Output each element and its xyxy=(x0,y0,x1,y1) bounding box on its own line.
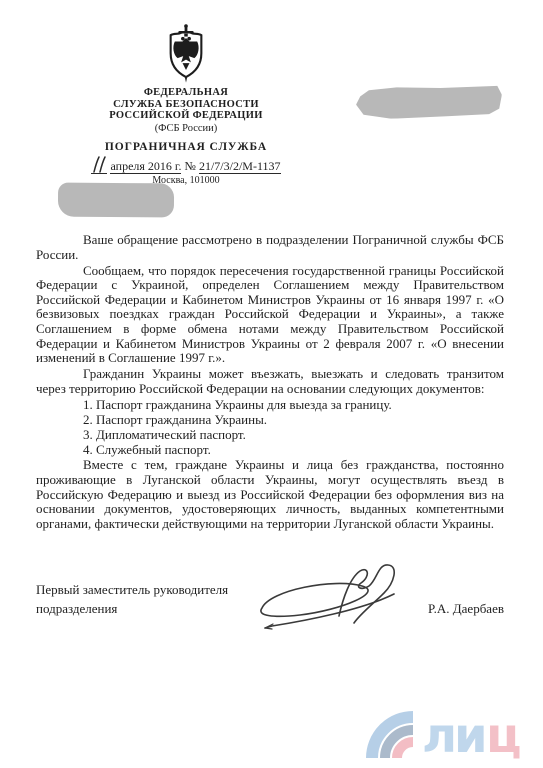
signer-title-line: Первый заместитель руководителя xyxy=(36,581,266,600)
org-short-name: (ФСБ России) xyxy=(90,123,282,135)
letter-paragraph: Вместе с тем, граждане Украины и лица бе… xyxy=(36,458,504,531)
handwritten-day xyxy=(91,161,107,174)
watermark-letter: ц xyxy=(486,708,522,764)
number-sign: № xyxy=(184,159,195,173)
org-name-line: СЛУЖБА БЕЗОПАСНОСТИ xyxy=(90,99,282,111)
signer-name: Р.А. Даербаев xyxy=(404,601,504,617)
redaction-block-reference xyxy=(58,183,174,218)
date-text: апреля 2016 г. xyxy=(110,159,181,174)
letter-paragraph: Ваше обращение рассмотрено в подразделен… xyxy=(36,233,504,262)
redaction-block-recipient xyxy=(356,83,503,119)
doc-number: 21/7/3/2/М-1137 xyxy=(199,159,281,174)
letter-body: Ваше обращение рассмотрено в подразделен… xyxy=(36,233,504,533)
handwritten-day-strokes-icon xyxy=(92,156,106,174)
signer-title-line: подразделения xyxy=(36,600,266,619)
date-and-number-line: апреля 2016 г. № 21/7/3/2/М-1137 xyxy=(90,159,282,174)
signer-title: Первый заместитель руководителя подразде… xyxy=(36,581,266,618)
signature-icon xyxy=(242,558,434,636)
document-list-item: 4. Служебный паспорт. xyxy=(36,443,504,458)
document-list-item: 3. Дипломатический паспорт. xyxy=(36,428,504,443)
watermark-letter: и xyxy=(454,708,488,764)
letter-paragraph: Сообщаем, что порядок пересечения госуда… xyxy=(36,264,504,366)
document-list-item: 2. Паспорт гражданина Украины. xyxy=(36,413,504,428)
letterhead: ФЕДЕРАЛЬНАЯ СЛУЖБА БЕЗОПАСНОСТИ РОССИЙСК… xyxy=(90,24,282,187)
lits-watermark-logo: л и ц xyxy=(366,694,538,766)
watermark-arc-icon xyxy=(372,717,413,758)
letter-paragraph: Гражданин Украины может въезжать, выезжа… xyxy=(36,367,504,396)
scanned-letter-page: ФЕДЕРАЛЬНАЯ СЛУЖБА БЕЗОПАСНОСТИ РОССИЙСК… xyxy=(0,0,543,768)
org-name-line: РОССИЙСКОЙ ФЕДЕРАЦИИ xyxy=(90,110,282,122)
border-service-title: ПОГРАНИЧНАЯ СЛУЖБА xyxy=(90,141,282,154)
fsb-crest-icon xyxy=(163,24,209,84)
watermark-letter: л xyxy=(422,708,457,764)
document-list-item: 1. Паспорт гражданина Украины для выезда… xyxy=(36,398,504,413)
org-name-line: ФЕДЕРАЛЬНАЯ xyxy=(90,87,282,99)
